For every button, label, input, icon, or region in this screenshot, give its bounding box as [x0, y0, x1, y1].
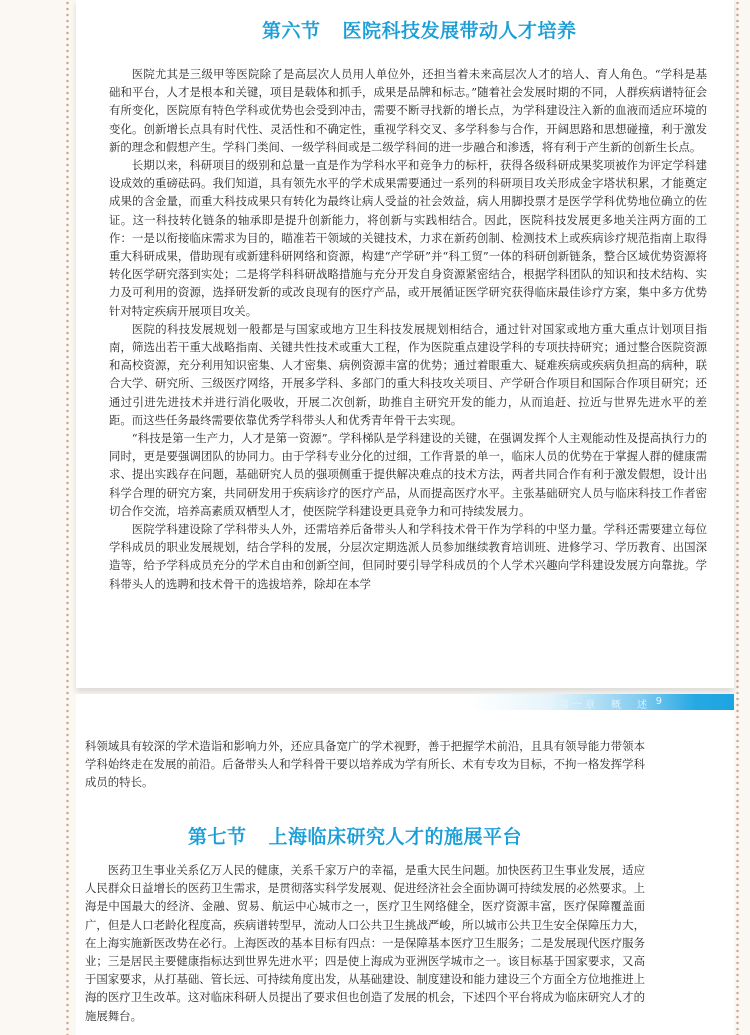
- paragraph: “科技是第一生产力，人才是第一资源”。学科梯队是学科建设的关键，在强调发挥个人主…: [109, 429, 707, 520]
- section-7-body: 医药卫生事业关系亿万人民的健康，关系千家万户的幸福，是重大民生问题。加快医药卫生…: [85, 861, 645, 1025]
- paragraph: 长期以来，科研项目的级别和总量一直是作为学科水平和竞争力的标杆，获得各级科研成果…: [109, 156, 707, 320]
- section-6-body: 医院尤其是三级甲等医院除了是高层次人员用人单位外，还担当着未来高层次人才的培人、…: [109, 65, 707, 593]
- continued-paragraph: 科领域具有较深的学术造诣和影响力外，还应具备宽广的学术视野，善于把握学术前沿，且…: [85, 737, 645, 792]
- section-6-heading: 第六节医院科技发展带动人才培养: [262, 16, 577, 43]
- section-6-number: 第六节: [262, 20, 321, 42]
- chapter-running-head: 第一章 概 述: [559, 696, 650, 711]
- right-page-edge-decoration: [736, 0, 739, 1035]
- running-footer-band: 第一章 概 述 9: [76, 694, 734, 710]
- section-7-number: 第七节: [188, 826, 247, 848]
- section-7-heading: 第七节上海临床研究人才的施展平台: [188, 822, 522, 849]
- page-bottom: 第一章 概 述 9 科领域具有较深的学术造诣和影响力外，还应具备宽广的学术视野，…: [76, 694, 734, 1035]
- section-6-title: 医院科技发展带动人才培养: [343, 20, 577, 42]
- paragraph: 医药卫生事业关系亿万人民的健康，关系千家万户的幸福，是重大民生问题。加快医药卫生…: [85, 861, 645, 1025]
- paragraph: 医院的科技发展规划一般都是与国家或地方卫生科技发展规划相结合，通过针对国家或地方…: [109, 320, 707, 429]
- section-7-title: 上海临床研究人才的施展平台: [269, 826, 523, 848]
- page-number: 9: [656, 696, 662, 707]
- paragraph: 医院尤其是三级甲等医院除了是高层次人员用人单位外，还担当着未来高层次人才的培人、…: [109, 65, 707, 156]
- paragraph: 医院学科建设除了学科带头人外，还需培养后备带头人和学科技术骨干作为学科的中坚力量…: [109, 520, 707, 593]
- left-page-edge-decoration: [66, 0, 69, 1035]
- paragraph-continuation: 科领域具有较深的学术造诣和影响力外，还应具备宽广的学术视野，善于把握学术前沿，且…: [85, 737, 645, 792]
- page-top: 第六节医院科技发展带动人才培养 医院尤其是三级甲等医院除了是高层次人员用人单位外…: [76, 0, 734, 688]
